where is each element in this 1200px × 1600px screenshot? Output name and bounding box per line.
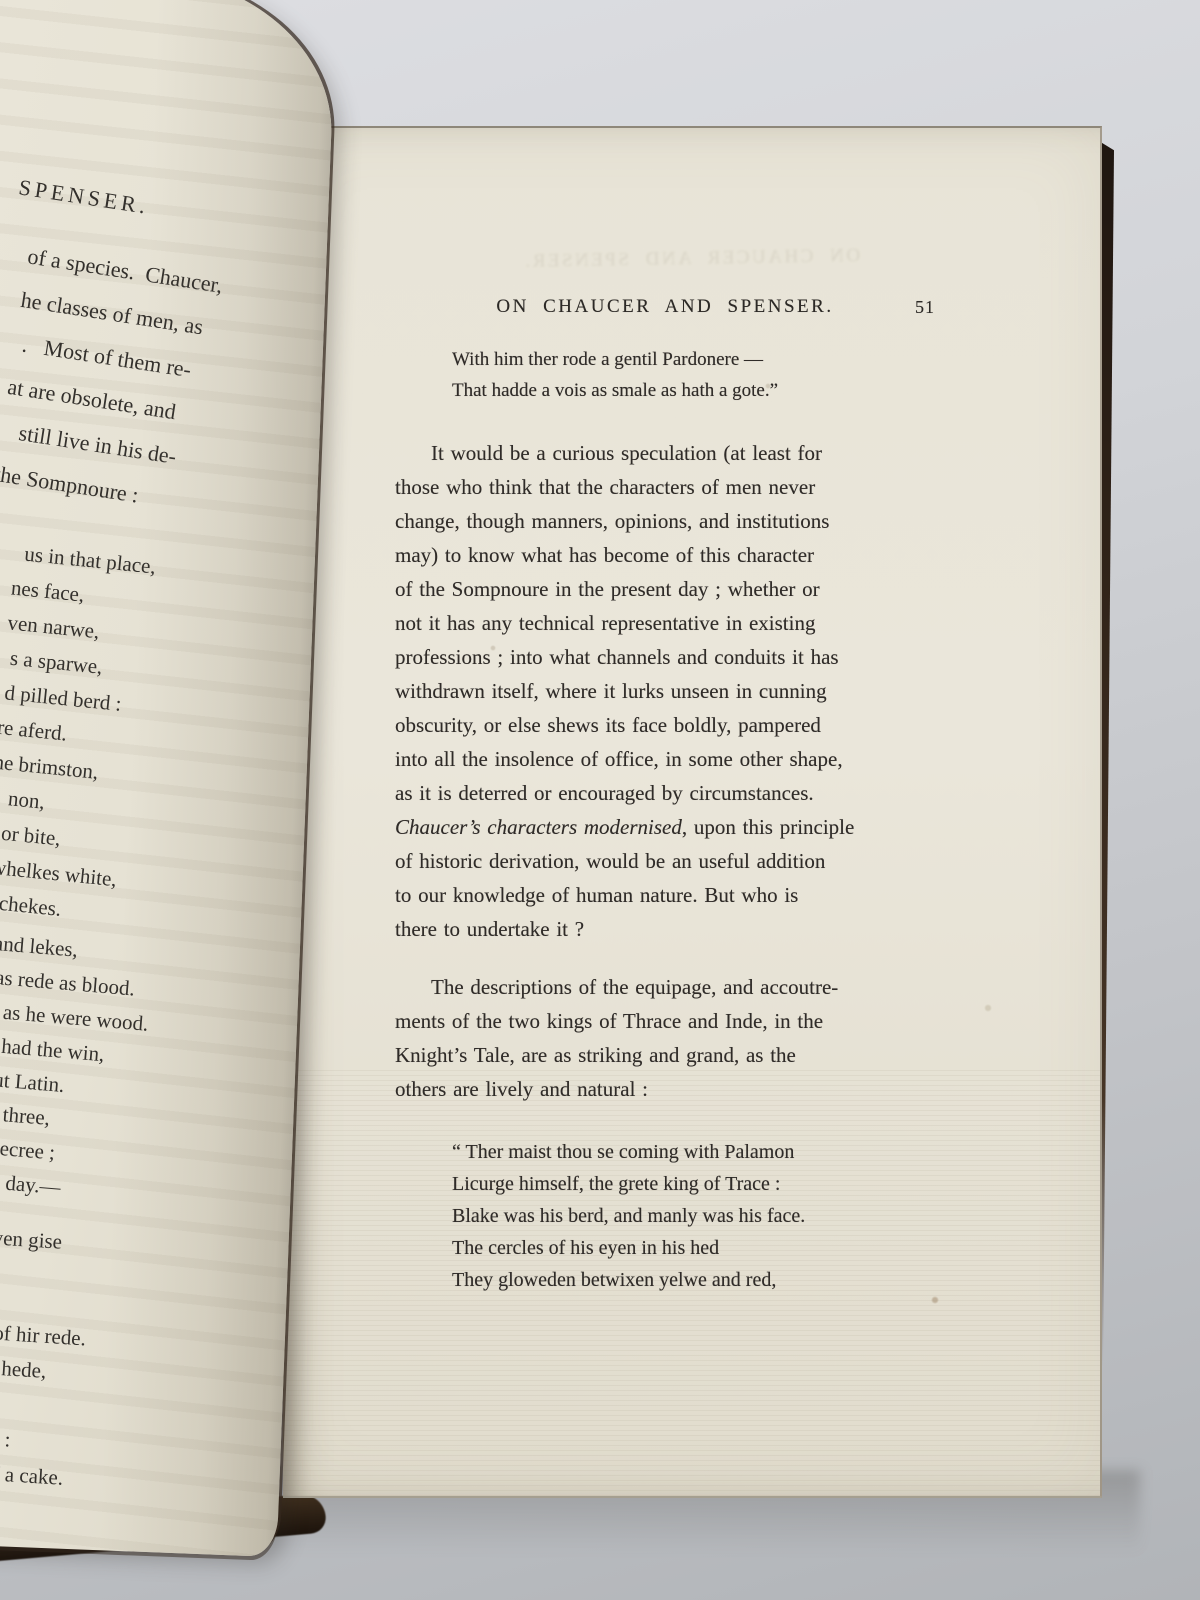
paragraph-1-italic-title: Chaucer’s characters modernised <box>395 815 682 839</box>
quoted-couplet: With him ther rode a gentil Pardonere — … <box>452 344 935 406</box>
text-line: “ Ther maist thou se coming with Palamon <box>452 1136 935 1168</box>
paragraph-1-text: It would be a curious speculation (at le… <box>395 441 843 805</box>
running-header: ON CHAUCER AND SPENSER. 51 <box>395 296 935 318</box>
paragraph-1: It would be a curious speculation (at le… <box>395 436 935 946</box>
quoted-verse: “ Ther maist thou se coming with Palamon… <box>452 1136 935 1296</box>
right-page: ON CHAUCER AND SPENSER. ON CHAUCER AND S… <box>283 126 1102 1498</box>
book-photograph: ON CHAUCER AND SPENSER. ON CHAUCER AND S… <box>0 0 1200 1600</box>
text-line: Blake was his berd, and manly was his fa… <box>452 1200 935 1232</box>
text-line: Licurge himself, the grete king of Trace… <box>452 1168 935 1200</box>
text-line: They gloweden betwixen yelwe and red, <box>452 1264 935 1296</box>
running-header-text: ON CHAUCER AND SPENSER. <box>496 296 833 317</box>
page-number: 51 <box>915 297 935 318</box>
paragraph-2: The descriptions of the equipage, and ac… <box>395 970 935 1106</box>
right-page-content: ON CHAUCER AND SPENSER. 51 With him ther… <box>395 128 935 1296</box>
text-line: The cercles of his eyen in his hed <box>452 1232 935 1264</box>
